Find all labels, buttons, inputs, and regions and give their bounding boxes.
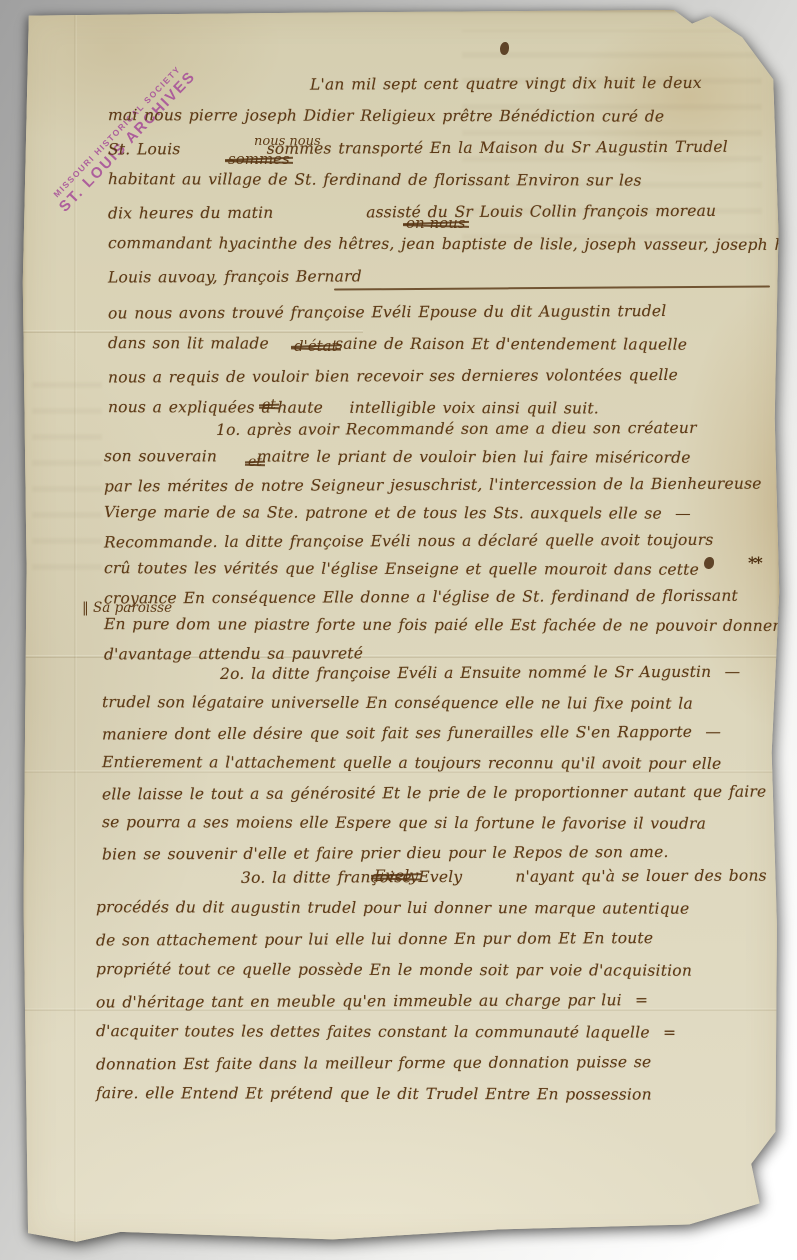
paragraph-article-1: 1o. après avoir Recommandé son ame a die… [104,415,774,667]
scanned-document: MISSOURI HISTORICAL SOCIETY ST. LOUIS AR… [0,0,758,1238]
manuscript-line: L'an mil sept cent quatre vingt dix huit… [108,67,778,102]
margin-note: ‖ Sa paroisse [82,600,172,616]
ink-strikethrough: et [262,397,276,413]
paragraph-opening: L'an mil sept cent quatre vingt dix huit… [108,68,778,292]
manuscript-line: croyance En conséquence Elle donne a l'é… [104,582,774,613]
manuscript-line: commandant hyacinthe des hêtres, jean ba… [108,227,778,261]
ink-blot [500,42,509,55]
paragraph-trouvee-malade: ou nous avons trouvé françoise Evéli Epo… [108,296,778,424]
ink-strikethrough: Evely [374,866,418,885]
manuscript-line: Vierge marie de sa Ste. patrone et de to… [104,498,774,528]
manuscript-line: se pourra a ses moiens elle Espere que s… [102,807,772,839]
manuscript-line: crû toutes les vérités que l'église Ense… [104,554,774,584]
paragraph-article-3: 3o. la ditte françoise Evely n'ayant qu'… [96,862,766,1110]
manuscript-line: de son attachement pour lui elle lui don… [96,923,766,957]
manuscript-line: donnation Est faite dans la meilleur for… [96,1047,766,1081]
manuscript-line: ou nous avons trouvé françoise Evéli Epo… [108,295,778,330]
manuscript-line: habitant au village de St. ferdinand de … [108,163,778,197]
manuscript-line: faire. elle Entend Et prétend que le dit… [96,1078,766,1111]
manuscript-line: propriété tout ce quelle possède En le m… [96,954,766,987]
manuscript-line: mai nous pierre joseph Didier Religieux … [108,99,778,133]
ink-strikethrough: sommes [228,150,290,168]
manuscript-line: son souverain maitre le priant de vouloi… [104,442,774,472]
ink-strikethrough: d'état [294,337,338,355]
ink-strikethrough: et [248,454,262,470]
manuscript-line: St. Louis sommes transporté En la Maison… [108,131,778,166]
paragraph-article-2: 2o. la ditte françoise Evéli a Ensuite n… [102,658,772,868]
manuscript-line: 2o. la ditte françoise Evéli a Ensuite n… [102,657,772,690]
manuscript-line: 1o. après avoir Recommandé son ame a die… [104,414,774,445]
interlinear-insertion: nous nous [254,134,321,149]
manuscript-line: par les mérites de notre Seigneur jesusc… [104,470,774,501]
manuscript-line: elle laisse le tout a sa générosité Et l… [102,777,772,810]
manuscript-line: ou d'héritage tant en meuble qu'en immeu… [96,985,766,1019]
manuscript-page: MISSOURI HISTORICAL SOCIETY ST. LOUIS AR… [22,10,780,1248]
manuscript-line: Entierement a l'attachement quelle a tou… [102,747,772,779]
ink-strikethrough: on nous [406,214,466,232]
marginal-asterisk-mark: ** [748,553,761,572]
manuscript-line: procédés du dit augustin trudel pour lui… [96,892,766,925]
manuscript-line: d'acquiter toutes les dettes faites cons… [96,1016,766,1049]
manuscript-line: nous a requis de vouloir bien recevoir s… [108,359,778,394]
manuscript-line: Recommande. la ditte françoise Evéli nou… [104,526,774,557]
manuscript-line: maniere dont elle désire que soit fait s… [102,717,772,750]
ink-showthrough [32,370,102,590]
manuscript-line: dans son lit malade saine de Raison Et d… [108,327,778,361]
manuscript-line: 3o. la ditte françoise Evely n'ayant qu'… [96,861,766,895]
manuscript-line: En pure dom une piastre forte une fois p… [104,610,774,640]
manuscript-line: trudel son légataire universelle En cons… [102,687,772,719]
